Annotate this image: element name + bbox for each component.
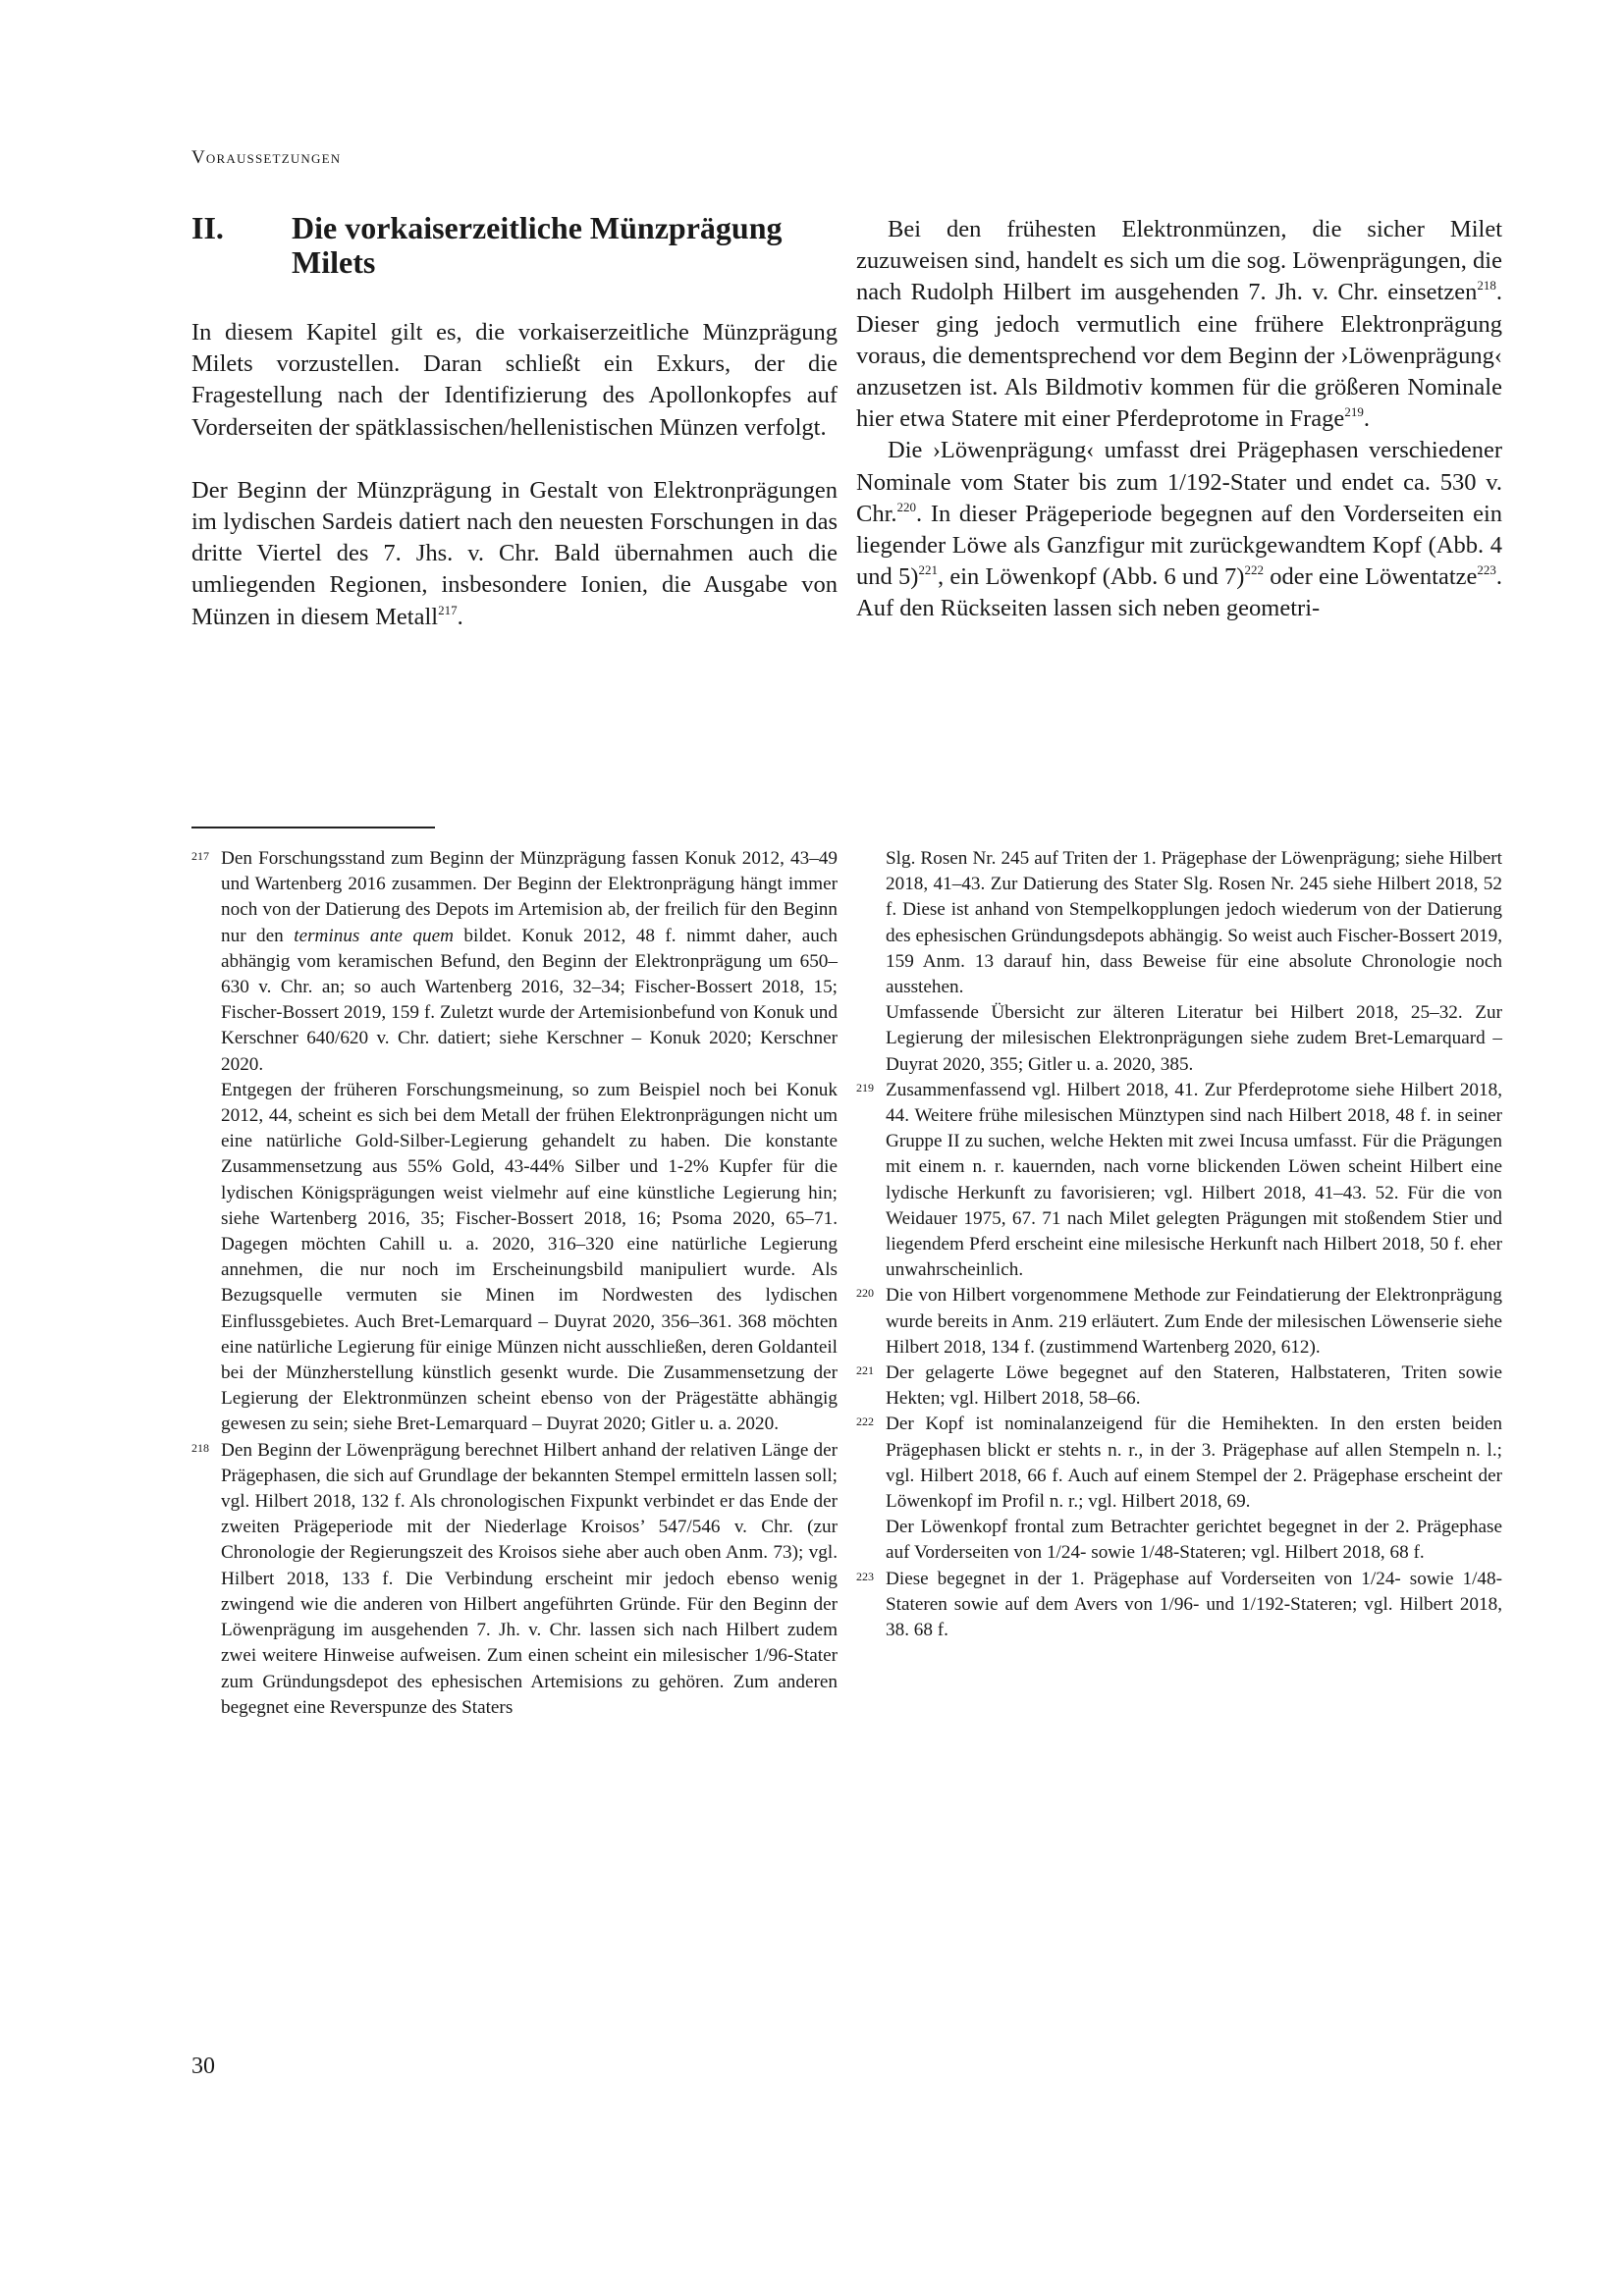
footnote-ref[interactable]: 221 — [918, 562, 938, 577]
footnote-222: 222Der Kopf ist nominalanzeigend für die… — [856, 1412, 1502, 1515]
footnote-text: Die von Hilbert vorgenommene Methode zur… — [886, 1285, 1502, 1357]
footnote-218-continuation: Umfassende Übersicht zur älteren Literat… — [856, 1000, 1502, 1078]
footnote-217-continuation: Entgegen der früheren Forschungsmeinung,… — [191, 1078, 838, 1438]
footnote-text: Der gelagerte Löwe begegnet auf den Stat… — [886, 1362, 1502, 1409]
footnote-number: 223 — [856, 1567, 874, 1586]
footnote-number: 218 — [191, 1438, 209, 1458]
footnote-ref[interactable]: 222 — [1244, 562, 1264, 577]
footnote-ref[interactable]: 220 — [897, 500, 917, 514]
footnote-ref[interactable]: 218 — [1477, 278, 1496, 293]
footnote-number: 221 — [856, 1361, 874, 1380]
paragraph-text: Der Beginn der Münzprägung in Gestalt vo… — [191, 477, 838, 630]
chapter-heading: II. Die vorkaiserzeitliche Münzprägung M… — [191, 211, 838, 280]
main-column-left: II. Die vorkaiserzeitliche Münzprägung M… — [191, 211, 838, 633]
footnote-number: 219 — [856, 1078, 874, 1097]
footnote-223: 223Diese begegnet in der 1. Prägephase a… — [856, 1567, 1502, 1644]
footnote-separator — [191, 827, 435, 828]
footnote-222-continuation: Der Löwenkopf frontal zum Betrachter ger… — [856, 1515, 1502, 1566]
body-paragraph: Die ›Löwenprägung‹ umfasst drei Prägepha… — [856, 435, 1502, 624]
paragraph-text: oder eine Löwen­tatze — [1264, 563, 1477, 590]
footnote-text: bildet. Konuk 2012, 48 f. nimmt daher, a… — [221, 926, 838, 1075]
footnote-ref[interactable]: 217 — [438, 603, 458, 617]
footnote-ref[interactable]: 223 — [1477, 562, 1496, 577]
body-paragraph: Bei den frühesten Elektronmünzen, die si… — [856, 214, 1502, 435]
period: . — [458, 604, 463, 630]
footnote-218-carryover: Slg. Rosen Nr. 245 auf Triten der 1. Prä… — [856, 846, 1502, 1000]
footnote-italic-text: terminus ante quem — [294, 926, 454, 946]
main-column-right: Bei den frühesten Elektronmünzen, die si… — [856, 214, 1502, 625]
chapter-number: II. — [191, 211, 292, 280]
period: . — [1364, 405, 1370, 432]
footnotes-right: Slg. Rosen Nr. 245 auf Triten der 1. Prä… — [856, 846, 1502, 1643]
footnote-text: Zusammenfassend vgl. Hilbert 2018, 41. Z… — [886, 1080, 1502, 1280]
paragraph-text: , ein Löwenkopf (Abb. 6 und 7) — [938, 563, 1245, 590]
chapter-title: Die vorkaiserzeitliche Münzprägung Milet… — [292, 211, 838, 280]
footnote-number: 220 — [856, 1283, 874, 1303]
footnote-218: 218Den Beginn der Löwenprägung berechnet… — [191, 1438, 838, 1721]
running-head: Voraussetzungen — [191, 147, 341, 169]
footnote-text: Den Beginn der Löwenprägung berechnet Hi… — [221, 1440, 838, 1718]
footnote-text: Diese begegnet in der 1. Prägephase auf … — [886, 1569, 1502, 1640]
intro-paragraph: In diesem Kapitel gilt es, die vorkaiser… — [191, 317, 838, 444]
footnote-219: 219Zusammenfassend vgl. Hilbert 2018, 41… — [856, 1078, 1502, 1284]
body-paragraph: Der Beginn der Münzprägung in Gestalt vo… — [191, 475, 838, 633]
footnote-number: 222 — [856, 1412, 874, 1431]
footnote-ref[interactable]: 219 — [1344, 404, 1364, 419]
footnote-number: 217 — [191, 846, 209, 866]
footnote-217: 217Den Forschungsstand zum Beginn der Mü… — [191, 846, 838, 1078]
footnote-221: 221Der gelagerte Löwe begegnet auf den S… — [856, 1361, 1502, 1412]
footnote-220: 220Die von Hilbert vorgenommene Methode … — [856, 1283, 1502, 1361]
paragraph-text: Bei den frühesten Elektronmünzen, die si… — [856, 216, 1502, 305]
footnotes-left: 217Den Forschungsstand zum Beginn der Mü… — [191, 846, 838, 1721]
footnote-text: Der Kopf ist nominalanzeigend für die He… — [886, 1414, 1502, 1512]
page-number: 30 — [191, 2054, 215, 2080]
